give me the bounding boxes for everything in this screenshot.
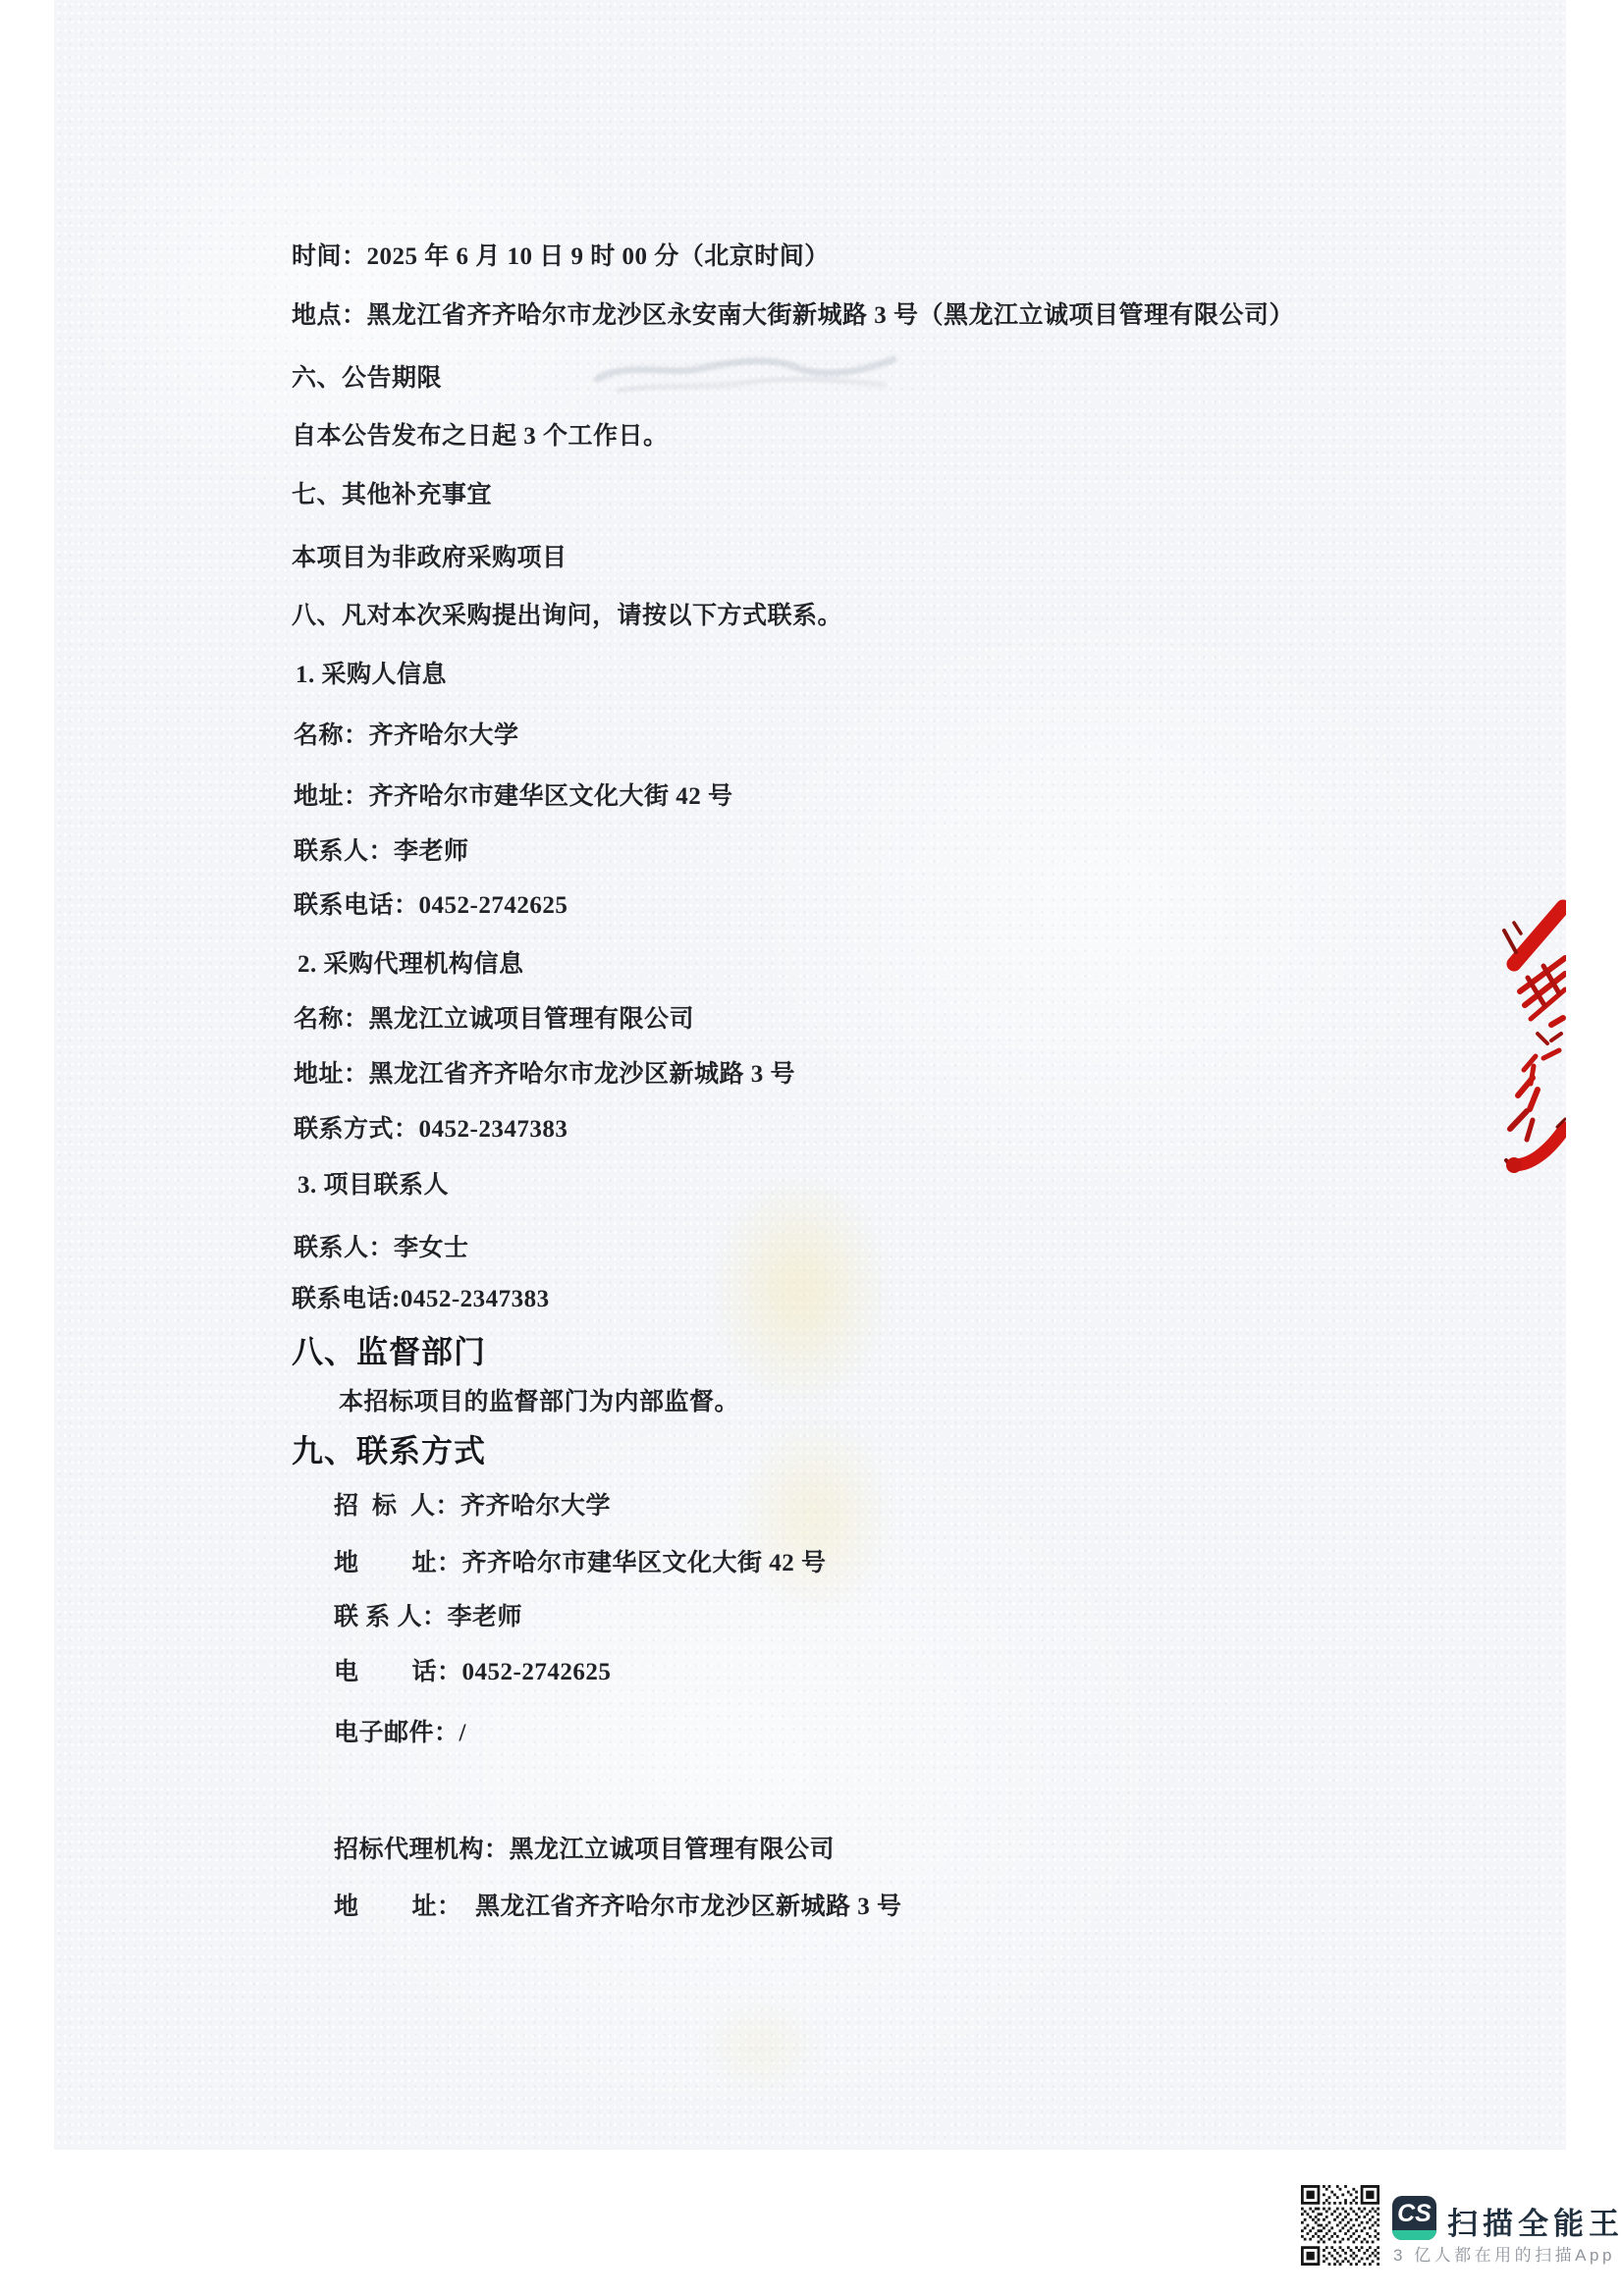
para-notice-period: 自本公告发布之日起 3 个工作日。 [292,422,669,452]
agency-title: 2. 采购代理机构信息 [297,950,524,980]
qr-code [1301,2185,1379,2266]
tenderer-address: 地 址：齐齐哈尔市建华区文化大街 42 号 [334,1549,827,1578]
scanned-document-page: 时间：2025 年 6 月 10 日 9 时 00 分（北京时间） 地点：黑龙江… [0,0,1622,2296]
tenderer-contact: 联 系 人：李老师 [334,1603,522,1632]
project-contact-title: 3. 项目联系人 [297,1171,449,1201]
camscanner-icon-letters: CS [1392,2197,1436,2230]
purchaser-address: 地址：齐齐哈尔市建华区文化大街 42 号 [294,782,733,812]
tenderer-phone: 电 话：0452-2742625 [334,1658,611,1687]
purchaser-title: 1. 采购人信息 [296,661,447,690]
agency-name: 名称：黑龙江立诚项目管理有限公司 [294,1005,694,1035]
purchaser-phone: 联系电话：0452-2742625 [294,891,568,921]
project-contact-name: 联系人：李女士 [294,1234,469,1263]
scan-margin-left [0,0,54,2296]
agency-address: 地址：黑龙江省齐齐哈尔市龙沙区新城路 3 号 [294,1060,795,1090]
red-seal-fragment [1500,881,1566,1188]
tender-agency-address: 地 址： 黑龙江省齐齐哈尔市龙沙区新城路 3 号 [334,1893,902,1922]
para-supervision: 本招标项目的监督部门为内部监督。 [339,1388,739,1417]
camscanner-app-icon: CS [1392,2196,1436,2240]
tender-agency-name: 招标代理机构：黑龙江立诚项目管理有限公司 [334,1836,835,1865]
camscanner-app-name: 扫描全能王 [1447,2199,1622,2243]
camscanner-tagline: 3 亿人都在用的扫描App [1393,2241,1615,2266]
heading-contact-info: 九、联系方式 [292,1432,486,1469]
agency-phone: 联系方式：0452-2347383 [294,1115,568,1145]
heading-inquiry: 八、凡对本次采购提出询问，请按以下方式联系。 [292,602,842,631]
tenderer-name: 招 标 人：齐齐哈尔大学 [334,1492,611,1522]
para-other-matters: 本项目为非政府采购项目 [292,544,568,573]
heading-other-matters: 七、其他补充事宜 [292,481,492,510]
heading-notice-period: 六、公告期限 [292,364,442,394]
heading-supervision: 八、监督部门 [292,1333,486,1370]
camscanner-icon-teal-strip [1392,2230,1436,2240]
project-contact-phone: 联系电话:0452-2347383 [292,1285,550,1314]
tenderer-email: 电子邮件：/ [334,1719,466,1748]
scan-margin-right [1566,0,1622,2296]
pencil-smudge [589,346,903,400]
purchaser-name: 名称：齐齐哈尔大学 [294,721,519,751]
purchaser-contact: 联系人：李老师 [294,837,469,867]
line-place: 地点：黑龙江省齐齐哈尔市龙沙区永安南大街新城路 3 号（黑龙江立诚项目管理有限公… [292,301,1294,331]
line-time: 时间：2025 年 6 月 10 日 9 时 00 分（北京时间） [292,242,830,272]
